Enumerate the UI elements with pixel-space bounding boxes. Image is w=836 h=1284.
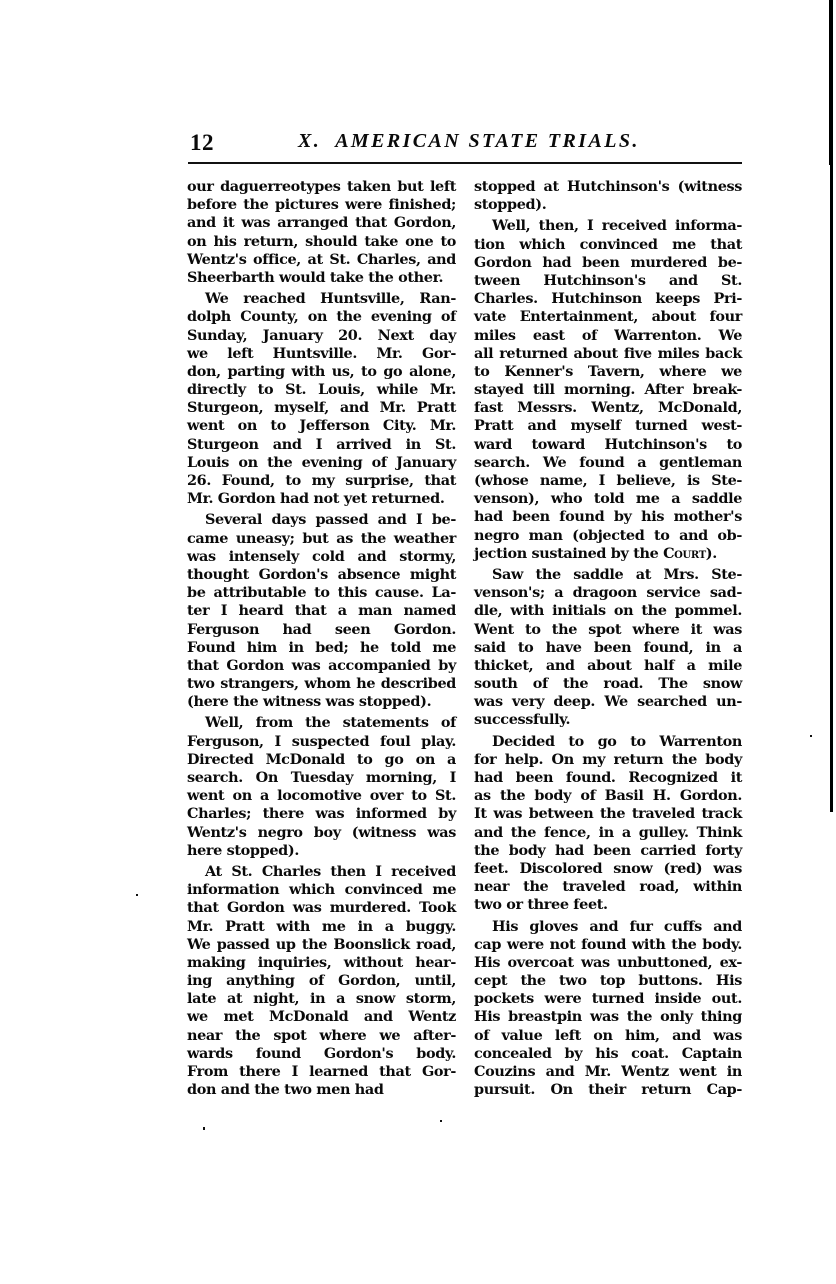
text-line: tween Hutchinson's and St. [474,272,742,290]
text-line: went on a locomotive over to St. [187,787,456,805]
paragraph: We reached Huntsville, Ran-dolph County,… [187,290,456,508]
text-line: had been found. Recognized it [474,769,742,787]
text-line: as the body of Basil H. Gordon. [474,787,742,805]
text-line: that Gordon was murdered. Took [187,899,456,917]
text-line: to Kenner's Tavern, where we [474,363,742,381]
text-line: (here the witness was stopped). [187,693,456,711]
text-line: we left Huntsville. Mr. Gor- [187,345,456,363]
text-line: negro man (objected to and ob- [474,527,742,545]
text-line: late at night, in a snow storm, [187,990,456,1008]
text-line: cept the two top buttons. His [474,972,742,990]
text-line: search. We found a gentleman [474,454,742,472]
text-line: (whose name, I believe, is Ste- [474,472,742,490]
text-line: From there I learned that Gor- [187,1063,456,1081]
text-line: was very deep. We searched un- [474,693,742,711]
text-line: for help. On my return the body [474,751,742,769]
text-line: search. On Tuesday morning, I [187,769,456,787]
text-line: Gordon had been murdered be- [474,254,742,272]
text-line: stopped at Hutchinson's (witness [474,178,742,196]
text-line: cap were not found with the body. [474,936,742,954]
text-line: It was between the traveled track [474,805,742,823]
text-line: concealed by his coat. Captain [474,1045,742,1063]
paragraph: stopped at Hutchinson's (witnessstopped)… [474,178,742,214]
text-line: miles east of Warrenton. We [474,327,742,345]
page-header: 12 X. AMERICAN STATE TRIALS. [188,128,742,162]
text-line: two or three feet. [474,896,742,914]
text-line: stopped). [474,196,742,214]
text-line: At St. Charles then I received [187,863,456,881]
scan-edge-line [830,0,833,812]
text-line: Charles; there was informed by [187,805,456,823]
text-line: tion which convinced me that [474,236,742,254]
text-line: pockets were turned inside out. [474,990,742,1008]
text-line: thought Gordon's absence might [187,566,456,584]
text-line: Sheerbarth would take the other. [187,269,456,287]
text-line: dle, with initials on the pommel. [474,602,742,620]
text-line: before the pictures were finished; [187,196,456,214]
text-line: Charles. Hutchinson keeps Pri- [474,290,742,308]
text-line: dolph County, on the evening of [187,308,456,326]
text-line: Sturgeon and I arrived in St. [187,436,456,454]
text-line: jection sustained by the Court). [474,545,742,563]
text-line: venson), who told me a saddle [474,490,742,508]
text-line: 26. Found, to my surprise, that [187,472,456,490]
header-rule [188,162,742,164]
text-line: ward toward Hutchinson's to [474,436,742,454]
paragraph: Well, from the statements ofFerguson, I … [187,714,456,860]
text-line: vate Entertainment, about four [474,308,742,326]
text-line: Ferguson had seen Gordon. [187,621,456,639]
scan-speck [136,894,138,896]
text-line: don, parting with us, to go alone, [187,363,456,381]
text-line: went on to Jefferson City. Mr. [187,417,456,435]
text-line: Wentz's negro boy (witness was [187,824,456,842]
text-line: Wentz's office, at St. Charles, and [187,251,456,269]
text-line: on his return, should take one to [187,233,456,251]
text-line: We passed up the Boonslick road, [187,936,456,954]
text-line: directly to St. Louis, while Mr. [187,381,456,399]
text-line: pursuit. On their return Cap- [474,1081,742,1099]
text-line: came uneasy; but as the weather [187,530,456,548]
text-line: Ferguson, I suspected foul play. [187,733,456,751]
text-line: Went to the spot where it was [474,621,742,639]
left-column: our daguerreotypes taken but leftbefore … [187,178,456,1099]
text-line: had been found by his mother's [474,508,742,526]
text-line: was intensely cold and stormy, [187,548,456,566]
text-line: here stopped). [187,842,456,860]
paragraph: Decided to go to Warrentonfor help. On m… [474,733,742,915]
text-line: Several days passed and I be- [187,511,456,529]
text-line: Well, from the statements of [187,714,456,732]
text-line: we met McDonald and Wentz [187,1008,456,1026]
text-line: We reached Huntsville, Ran- [187,290,456,308]
text-line: Directed McDonald to go on a [187,751,456,769]
text-line: making inquiries, without hear- [187,954,456,972]
paragraph: our daguerreotypes taken but leftbefore … [187,178,456,287]
text-line: and the fence, in a gulley. Think [474,824,742,842]
text-line: all returned about five miles back [474,345,742,363]
text-line: Sunday, January 20. Next day [187,327,456,345]
text-line: successfully. [474,711,742,729]
paragraph: His gloves and fur cuffs andcap were not… [474,918,742,1100]
text-line: wards found Gordon's body. [187,1045,456,1063]
text-line: south of the road. The snow [474,675,742,693]
scan-speck [203,1127,205,1130]
text-line: said to have been found, in a [474,639,742,657]
page-number: 12 [190,130,214,156]
text-line: Sturgeon, myself, and Mr. Pratt [187,399,456,417]
right-column: stopped at Hutchinson's (witnessstopped)… [474,178,742,1099]
text-line: near the traveled road, within [474,878,742,896]
scan-speck [440,1120,442,1122]
text-line: His gloves and fur cuffs and [474,918,742,936]
text-line: venson's; a dragoon service sad- [474,584,742,602]
text-line: feet. Discolored snow (red) was [474,860,742,878]
text-line: of value left on him, and was [474,1027,742,1045]
paragraph: Saw the saddle at Mrs. Ste-venson's; a d… [474,566,742,730]
text-line: Mr. Pratt with me in a buggy. [187,918,456,936]
text-line: the body had been carried forty [474,842,742,860]
text-line: and it was arranged that Gordon, [187,214,456,232]
text-line: our daguerreotypes taken but left [187,178,456,196]
scan-speck [810,735,812,737]
paragraph: Several days passed and I be-came uneasy… [187,511,456,711]
text-line: ing anything of Gordon, until, [187,972,456,990]
text-line: don and the two men had [187,1081,456,1099]
text-line: Couzins and Mr. Wentz went in [474,1063,742,1081]
text-line: that Gordon was accompanied by [187,657,456,675]
text-line: Well, then, I received informa- [474,217,742,235]
text-line: be attributable to this cause. La- [187,584,456,602]
text-line: Saw the saddle at Mrs. Ste- [474,566,742,584]
text-line: Mr. Gordon had not yet returned. [187,490,456,508]
small-caps-word: Court [663,545,706,562]
text-line: thicket, and about half a mile [474,657,742,675]
running-head: X. AMERICAN STATE TRIALS. [298,130,640,153]
text-line: Found him in bed; he told me [187,639,456,657]
text-line: His overcoat was unbuttoned, ex- [474,954,742,972]
paragraph: Well, then, I received informa-tion whic… [474,217,742,563]
text-line: Louis on the evening of January [187,454,456,472]
paragraph: At St. Charles then I receivedinformatio… [187,863,456,1099]
text-line: Decided to go to Warrenton [474,733,742,751]
text-line: stayed till morning. After break- [474,381,742,399]
text-line: information which convinced me [187,881,456,899]
text-line: two strangers, whom he described [187,675,456,693]
text-line: Pratt and myself turned west- [474,417,742,435]
text-line: ter I heard that a man named [187,602,456,620]
text-line: His breastpin was the only thing [474,1008,742,1026]
text-line: fast Messrs. Wentz, McDonald, [474,399,742,417]
text-line: near the spot where we after- [187,1027,456,1045]
